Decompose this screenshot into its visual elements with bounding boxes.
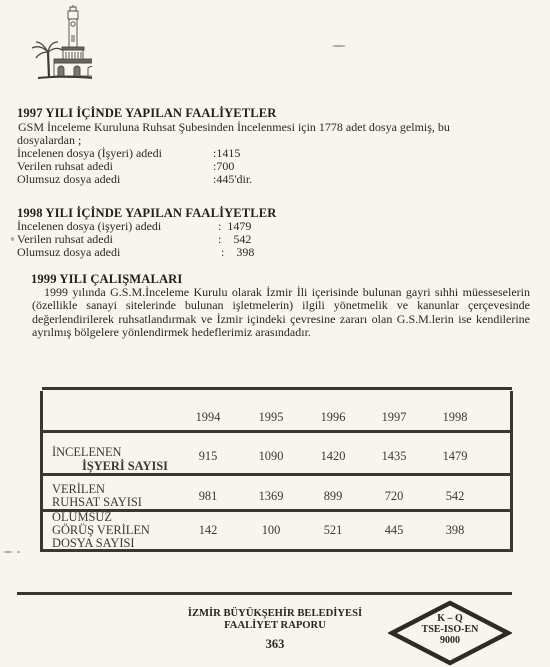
table-header-year: 1994 xyxy=(178,410,238,425)
table-divider xyxy=(40,430,513,433)
table-cell: 100 xyxy=(241,523,301,538)
table-cell: 542 xyxy=(425,489,485,504)
iso-badge-text: K – Q TSE-ISO-EN 9000 xyxy=(400,613,500,646)
table-cell: 1435 xyxy=(364,449,424,464)
paragraph-1999: 1999 yılında G.S.M.İnceleme Kurulu olara… xyxy=(32,286,530,340)
table-cell: 981 xyxy=(178,489,238,504)
table-row-label: VERİLENRUHSAT SAYISI xyxy=(52,483,142,509)
intro-1997-line1: GSM İnceleme Kuruluna Ruhsat Şubesinden … xyxy=(18,121,450,134)
footer-rule xyxy=(17,592,512,595)
table-cell: 1420 xyxy=(303,449,363,464)
table-cell: 915 xyxy=(178,449,238,464)
table-row-label: OLUMSUZGÖRÜŞ VERİLENDOSYA SAYISI xyxy=(52,511,150,550)
table-cell: 720 xyxy=(364,489,424,504)
table-cell: 142 xyxy=(178,523,238,538)
table-header-year: 1996 xyxy=(303,410,363,425)
table-divider xyxy=(40,473,513,476)
scan-smudge xyxy=(332,45,346,47)
table-cell: 521 xyxy=(303,523,363,538)
table-cell: 398 xyxy=(425,523,485,538)
table-header-year: 1997 xyxy=(364,410,424,425)
scan-smudge xyxy=(11,237,14,241)
page-number: 363 xyxy=(250,637,300,652)
table-cell: 899 xyxy=(303,489,363,504)
scan-smudge xyxy=(17,551,20,553)
table-cell: 445 xyxy=(364,523,424,538)
footer-organization: İZMİR BÜYÜKŞEHİR BELEDİYESİ FAALİYET RAP… xyxy=(150,608,400,631)
table-cell: 1090 xyxy=(241,449,301,464)
table-cell: 1369 xyxy=(241,489,301,504)
table-cell: 1479 xyxy=(425,449,485,464)
table-top-rule xyxy=(42,387,512,390)
table-header-year: 1995 xyxy=(241,410,301,425)
heading-1997: 1997 YILI İÇİNDE YAPILAN FAALİYETLER xyxy=(17,106,276,121)
table-header-year: 1998 xyxy=(425,410,485,425)
scan-smudge xyxy=(4,551,12,553)
table-row-label: İNCELENENİŞYERİ SAYISI xyxy=(52,446,168,473)
izmir-clock-tower-icon xyxy=(18,2,92,82)
